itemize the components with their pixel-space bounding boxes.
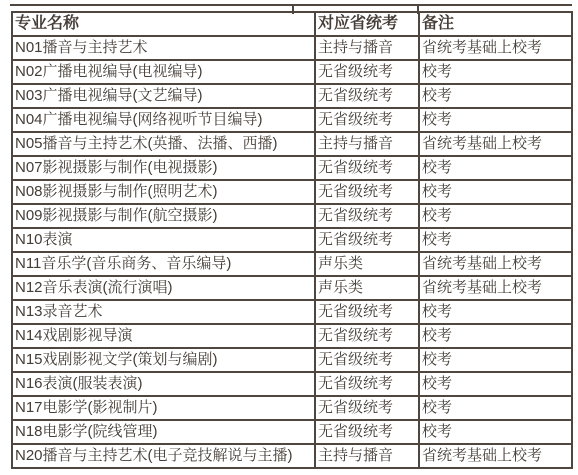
table-row: N13录音艺术 无省级统考 校考 <box>12 300 572 324</box>
cell-note: 校考 <box>419 348 572 372</box>
cell-major: N12音乐表演(流行演唱) <box>12 276 315 300</box>
table-row: N03广播电视编导(文艺编导) 无省级统考 校考 <box>12 84 572 108</box>
table-row: N15戏剧影视文学(策划与编剧) 无省级统考 校考 <box>12 348 572 372</box>
cell-major: N02广播电视编导(电视编导) <box>12 60 315 84</box>
cell-major: N14戏剧影视导演 <box>12 324 315 348</box>
cell-exam: 无省级统考 <box>315 348 419 372</box>
table-row: N01播音与主持艺术 主持与播音 省统考基础上校考 <box>12 36 572 60</box>
column-header-provincial-exam: 对应省统考 <box>315 12 419 36</box>
cell-major: N20播音与主持艺术(电子竞技解说与主播) <box>12 444 315 468</box>
table-row: N12音乐表演(流行演唱) 声乐类 省统考基础上校考 <box>12 276 572 300</box>
table-row: N02广播电视编导(电视编导) 无省级统考 校考 <box>12 60 572 84</box>
cell-note: 校考 <box>419 324 572 348</box>
table-row: N05播音与主持艺术(英播、法播、西播) 主持与播音 省统考基础上校考 <box>12 132 572 156</box>
table-row: N09影视摄影与制作(航空摄影) 无省级统考 校考 <box>12 204 572 228</box>
cell-major: N04广播电视编导(网络视听节目编导) <box>12 108 315 132</box>
cell-note: 省统考基础上校考 <box>419 276 572 300</box>
cell-exam: 无省级统考 <box>315 156 419 180</box>
column-header-note: 备注 <box>419 12 572 36</box>
cell-note: 校考 <box>419 300 572 324</box>
cell-major: N15戏剧影视文学(策划与编剧) <box>12 348 315 372</box>
table-row: N08影视摄影与制作(照明艺术) 无省级统考 校考 <box>12 180 572 204</box>
table-row: N10表演 无省级统考 校考 <box>12 228 572 252</box>
cell-note: 校考 <box>419 84 572 108</box>
cell-major: N08影视摄影与制作(照明艺术) <box>12 180 315 204</box>
cell-major: N07影视摄影与制作(电视摄影) <box>12 156 315 180</box>
cell-major: N13录音艺术 <box>12 300 315 324</box>
cell-exam: 主持与播音 <box>315 36 419 60</box>
cell-note: 校考 <box>419 180 572 204</box>
cell-note: 校考 <box>419 204 572 228</box>
majors-table: 专业名称 对应省统考 备注 N01播音与主持艺术 主持与播音 省统考基础上校考 … <box>11 11 573 469</box>
cell-major: N18电影学(院线管理) <box>12 420 315 444</box>
cell-exam: 声乐类 <box>315 276 419 300</box>
cell-major: N16表演(服装表演) <box>12 372 315 396</box>
cell-exam: 主持与播音 <box>315 444 419 468</box>
cell-note: 校考 <box>419 108 572 132</box>
table-row: N18电影学(院线管理) 无省级统考 校考 <box>12 420 572 444</box>
cell-major: N09影视摄影与制作(航空摄影) <box>12 204 315 228</box>
cell-note: 校考 <box>419 156 572 180</box>
cell-note: 省统考基础上校考 <box>419 252 572 276</box>
cell-note: 校考 <box>419 228 572 252</box>
table-row: N14戏剧影视导演 无省级统考 校考 <box>12 324 572 348</box>
cell-exam: 无省级统考 <box>315 228 419 252</box>
cell-major: N01播音与主持艺术 <box>12 36 315 60</box>
cell-exam: 主持与播音 <box>315 132 419 156</box>
cell-exam: 无省级统考 <box>315 300 419 324</box>
table-header-row: 专业名称 对应省统考 备注 <box>12 12 572 36</box>
cell-major: N03广播电视编导(文艺编导) <box>12 84 315 108</box>
table-row: N04广播电视编导(网络视听节目编导) 无省级统考 校考 <box>12 108 572 132</box>
cell-note: 省统考基础上校考 <box>419 36 572 60</box>
cell-major: N17电影学(影视制片) <box>12 396 315 420</box>
cell-note: 校考 <box>419 60 572 84</box>
cell-exam: 无省级统考 <box>315 324 419 348</box>
cell-exam: 无省级统考 <box>315 84 419 108</box>
cell-exam: 无省级统考 <box>315 108 419 132</box>
table-row: N07影视摄影与制作(电视摄影) 无省级统考 校考 <box>12 156 572 180</box>
cell-note: 校考 <box>419 420 572 444</box>
cell-exam: 无省级统考 <box>315 180 419 204</box>
cell-note: 省统考基础上校考 <box>419 444 572 468</box>
cell-exam: 无省级统考 <box>315 420 419 444</box>
column-header-major: 专业名称 <box>12 12 315 36</box>
cell-note: 校考 <box>419 372 572 396</box>
table-row: N11音乐学(音乐商务、音乐编导) 声乐类 省统考基础上校考 <box>12 252 572 276</box>
table-row: N20播音与主持艺术(电子竞技解说与主播) 主持与播音 省统考基础上校考 <box>12 444 572 468</box>
table-row: N16表演(服装表演) 无省级统考 校考 <box>12 372 572 396</box>
cell-major: N10表演 <box>12 228 315 252</box>
cell-exam: 声乐类 <box>315 252 419 276</box>
cell-major: N11音乐学(音乐商务、音乐编导) <box>12 252 315 276</box>
cell-exam: 无省级统考 <box>315 60 419 84</box>
cell-note: 校考 <box>419 396 572 420</box>
cell-major: N05播音与主持艺术(英播、法播、西播) <box>12 132 315 156</box>
cell-exam: 无省级统考 <box>315 396 419 420</box>
cell-exam: 无省级统考 <box>315 204 419 228</box>
table-row: N17电影学(影视制片) 无省级统考 校考 <box>12 396 572 420</box>
screenshot-root: 专业名称 对应省统考 备注 N01播音与主持艺术 主持与播音 省统考基础上校考 … <box>0 0 578 475</box>
cell-exam: 无省级统考 <box>315 372 419 396</box>
cell-note: 省统考基础上校考 <box>419 132 572 156</box>
